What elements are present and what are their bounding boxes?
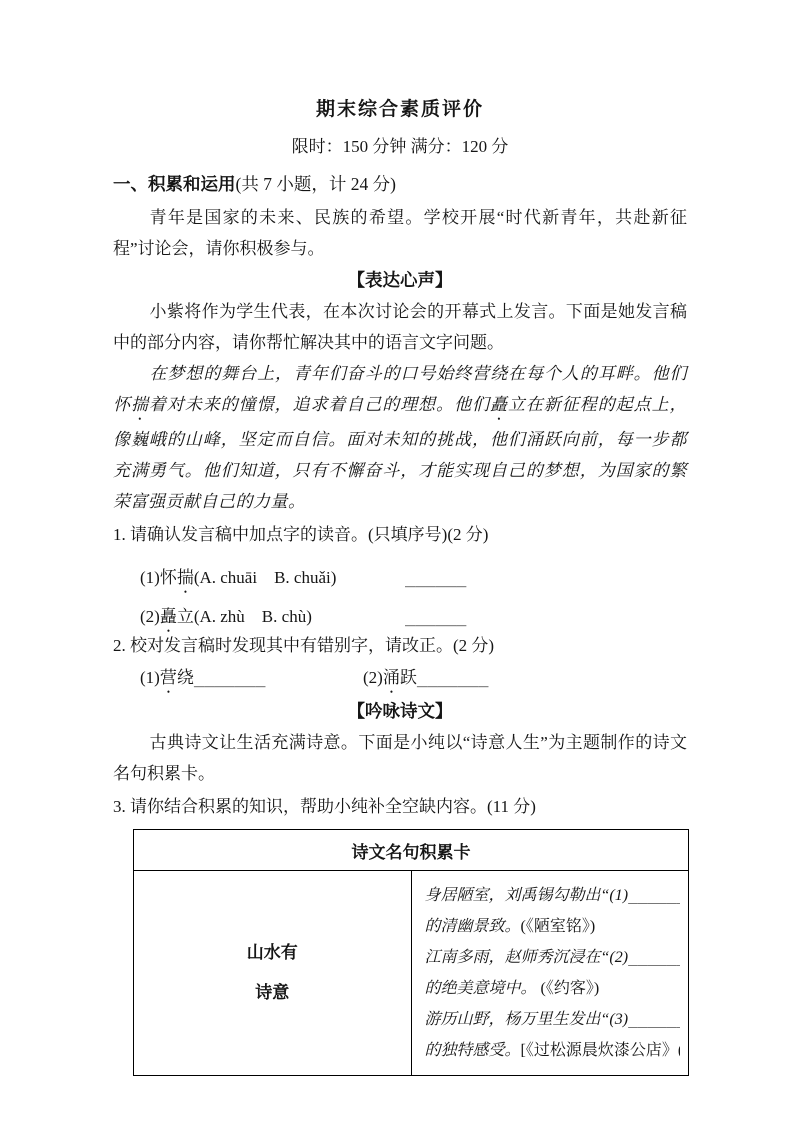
question-3-label: 3. 请你结合积累的知识，帮助小纯补全空缺内容。(11 分) xyxy=(113,792,687,822)
card-title-row: 诗文名句积累卡 xyxy=(134,830,689,871)
section-1-heading-rest: (共 7 小题，计 24 分) xyxy=(236,174,396,194)
banner-express-voice: 【表达心声】 xyxy=(113,265,687,295)
question-1-item-1-text: (1)怀揣(A. chuāi B. chuǎi) xyxy=(140,563,405,597)
card-theme-label-line1: 山水有 xyxy=(135,933,410,973)
card-line-2: 的清幽景致。(《陋室铭》) xyxy=(425,912,681,943)
card-line-3: 江南多雨，赵师秀沉浸在“(2)____________，___________” xyxy=(425,942,681,974)
poem-context-paragraph: 古典诗文让生活充满诗意。下面是小纯以“诗意人生”为主题制作的诗文名句积累卡。 xyxy=(113,727,687,789)
poem-accumulation-card-table: 诗文名句积累卡 山水有 诗意 身居陋室，刘禹锡勾勒出“(1)__________… xyxy=(133,829,689,1076)
question-2-item-1: (1)营绕_______ xyxy=(140,663,363,697)
card-theme-label-cell: 山水有 诗意 xyxy=(134,871,412,1076)
card-content-cell: 身居陋室，刘禹锡勾勒出“(1)____________，____________… xyxy=(411,871,689,1076)
question-1-item-2: (2)矗立(A. zhù B. chù) ______ xyxy=(113,602,687,628)
card-title: 诗文名句积累卡 xyxy=(134,830,689,871)
question-2-items-row: (1)营绕_______ (2)涌跃_______ xyxy=(113,663,687,690)
card-line-1: 身居陋室，刘禹锡勾勒出“(1)____________，____________… xyxy=(425,880,681,912)
card-line-6: 的独特感受。[《过松源晨炊漆公店》(其五)] xyxy=(425,1036,681,1067)
section-1-heading-strong: 一、积累和运用 xyxy=(113,174,236,194)
section-1-heading: 一、积累和运用(共 7 小题，计 24 分) xyxy=(113,171,687,198)
page-title: 期末综合素质评价 xyxy=(113,94,687,121)
banner-poem-recite: 【吟咏诗文】 xyxy=(113,696,687,726)
card-body-row: 山水有 诗意 身居陋室，刘禹锡勾勒出“(1)____________，_____… xyxy=(134,871,689,1076)
question-1-item-2-answer-blank: ______ xyxy=(405,607,466,627)
question-1-label: 1. 请确认发言稿中加点字的读音。(只填序号)(2 分) xyxy=(113,520,687,550)
card-theme-label-line2: 诗意 xyxy=(135,973,410,1013)
intro-paragraph: 青年是国家的未来、民族的希望。学校开展“时代新青年，共赴新征程”讨论会，请你积极… xyxy=(113,202,687,264)
question-1-item-1-answer-blank: ______ xyxy=(405,568,466,588)
exam-time-score-meta: 限时：150 分钟 满分：120 分 xyxy=(113,136,687,158)
exam-page: 期末综合素质评价 限时：150 分钟 满分：120 分 一、积累和运用(共 7 … xyxy=(0,0,793,1076)
question-2-item-2: (2)涌跃_______ xyxy=(363,663,488,697)
card-line-5: 游历山野，杨万里生发出“(3)___________，赚得行人错喜欢” xyxy=(425,1004,681,1036)
question-1-item-1: (1)怀揣(A. chuāi B. chuǎi) ______ xyxy=(113,563,687,589)
question-2-label: 2. 校对发言稿时发现其中有错别字，请改正。(2 分) xyxy=(113,631,687,661)
card-line-4: 的绝美意境中。 (《约客》) xyxy=(425,974,681,1005)
express-context-paragraph: 小紫将作为学生代表，在本次讨论会的开幕式上发言。下面是她发言稿中的部分内容，请你… xyxy=(113,296,687,358)
speech-excerpt: 在梦想的舞台上，青年们奋斗的口号始终营绕在每个人的耳畔。他们怀揣着对未来的憧憬，… xyxy=(113,358,687,517)
